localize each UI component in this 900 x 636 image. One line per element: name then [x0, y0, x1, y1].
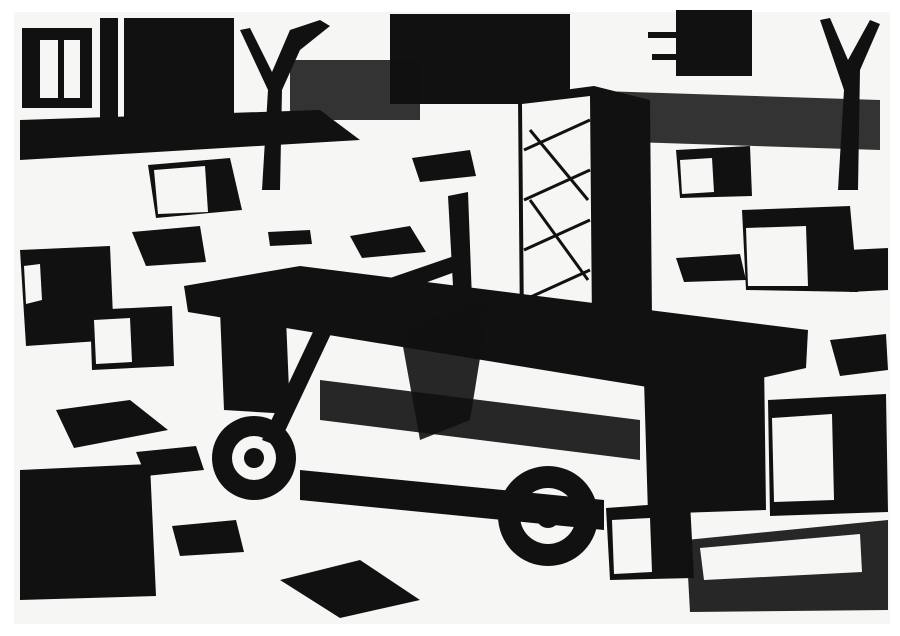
etching-artwork [0, 0, 900, 636]
etching-scene [0, 0, 900, 636]
stone-pillar [518, 86, 652, 332]
